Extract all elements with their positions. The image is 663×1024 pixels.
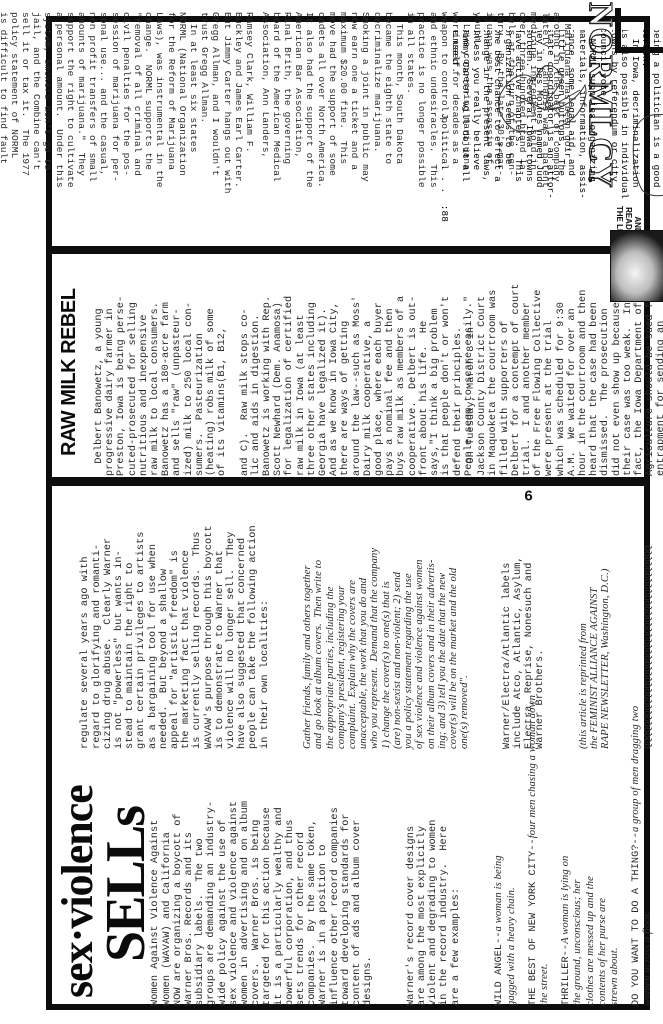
sv-example-title: DO YOU WANT TO DO A THING?-- — [631, 832, 642, 1006]
boxed-fragment-top-right — [615, 8, 663, 53]
sv-example-title: THRILLER-- — [561, 944, 572, 1006]
sv-para2: Warner's record cover designs are among … — [406, 761, 462, 1006]
sv-intro: Women Against Violence Against Women (WA… — [150, 761, 374, 1006]
sv-example-item: DO YOU WANT TO DO A THING?--a group of m… — [630, 761, 654, 1006]
sv-action-text: Gather friends, family and others togeth… — [302, 489, 470, 749]
photo-fragment — [610, 230, 663, 302]
marijuana-leaf-drawing — [490, 55, 600, 145]
sv-col2-text: regulate several years ago with regard t… — [80, 489, 270, 749]
sv-column-2: regulate several years ago with regard t… — [58, 489, 663, 749]
sv-example-title: THE BEST OF NEW YORK CITY-- — [528, 838, 539, 1006]
sv-reprint-note: (this article is reprinted from the FEMI… — [578, 489, 612, 749]
sv-column-1: Women Against Violence Against Women (WA… — [128, 761, 663, 1006]
sv-example-item: THE BEST OF NEW YORK CITY--four men chas… — [527, 761, 551, 1006]
sv-example-title: WILD ANGEL-- — [494, 931, 505, 1006]
sv-divider: QQQQQQQQQQQQQQQQQQQQQQQQQQQQQQQQQQQQQ — [643, 489, 654, 749]
sv-example-item: THRILLER--A woman is lying on the ground… — [560, 761, 621, 1006]
sv-labels-text: Warner/Electra/Atlantic labels include A… — [502, 489, 547, 749]
rawmilk-column-1: Delbert Banowetz, a young progressive da… — [94, 251, 475, 476]
page-number: 6 — [524, 487, 532, 504]
sv-examples: WILD ANGEL--a woman is being gagged with… — [493, 761, 663, 1006]
outline-drawing — [628, 110, 663, 200]
headline-raw-milk-rebel: RAW MILK REBEL — [58, 289, 81, 456]
sv-example-item: WILD ANGEL--a woman is being gagged with… — [493, 761, 517, 1006]
column-divider-sv-rawmilk — [46, 477, 650, 486]
